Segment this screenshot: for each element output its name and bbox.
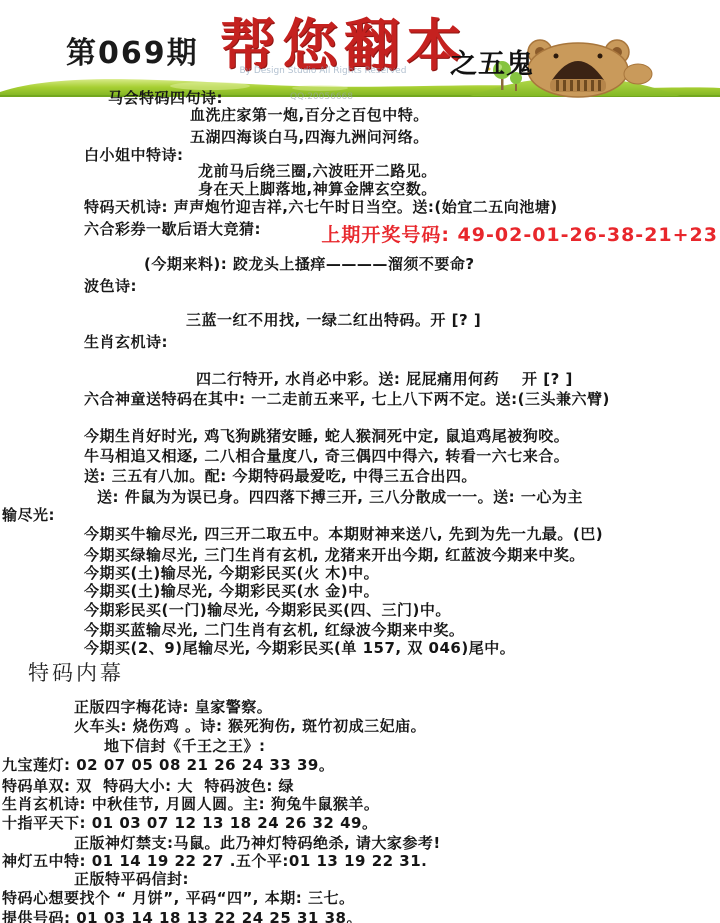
text-line: 地下信封《千王之王》: — [104, 737, 266, 755]
text-line: 正版特平码信封: — [74, 870, 189, 888]
text-line: 牛马相追又相逐, 二八相合量度八, 奇三偶四中得六, 转看一六七来合。 — [84, 447, 569, 465]
text-line: 输尽光: — [2, 506, 55, 524]
text-line: 正版四字梅花诗: 皇家警察。 — [74, 698, 272, 716]
text-line: 龙前马后绕三圈,六波旺开二路见。 — [198, 162, 437, 180]
text-line: 特码单双: 双 特码大小: 大 特码波色: 绿 — [2, 777, 294, 795]
text-line: (今期来料): 跤龙头上搔痒————溜须不要命? — [144, 255, 475, 273]
text-line: 神灯五中特: 01 14 19 22 27 .五个平:01 13 19 22 3… — [2, 852, 427, 870]
text-line: 送: 三五有八加。配: 今期特码最爱吃, 中得三五合出四。 — [84, 467, 477, 485]
text-line: 十指平天下: 01 03 07 12 13 18 24 26 32 49。 — [2, 814, 377, 832]
text-line: 特码天机诗: 声声炮竹迎吉祥,六七午时日当空。送:(始宜二五向池塘) — [84, 198, 558, 216]
text-line: 今期买牛输尽光, 四三开二取五中。本期财神来送八, 先到为先一九最。(巴) — [84, 525, 603, 543]
text-line: 四二行特开, 水肖必中彩。送: 屁屁痛用何药 开 [? ] — [196, 370, 573, 388]
text-line: 今期买蓝输尽光, 二门生肖有玄机, 红绿波今期来中奖。 — [84, 621, 464, 639]
text-line: 波色诗: — [84, 277, 137, 295]
text-line: 火车头: 烧伤鸡 。诗: 猴死狗伤, 斑竹初成三妃庙。 — [74, 717, 426, 735]
text-line: 生肖玄机诗: 中秋佳节, 月圆人圆。主: 狗兔牛鼠猴羊。 — [2, 795, 379, 813]
body-text: 马会特码四句诗:血洗庄家第一炮,百分之百包中特。五湖四海谈白马,四海九洲问河络。… — [0, 0, 720, 923]
text-line: 马会特码四句诗: — [108, 89, 223, 107]
text-line: 身在天上脚落地,神算金牌玄空数。 — [198, 180, 437, 198]
text-line: 白小姐中特诗: — [84, 146, 184, 164]
text-line: 特码心想要找个 “ 月饼”, 平码“四”, 本期: 三七。 — [2, 889, 354, 907]
text-line: 送: 件鼠为为误已身。四四落下搏三开, 三八分散成一一。送: 一心为主 — [97, 488, 583, 506]
text-line: 今期彩民买(一门)输尽光, 今期彩民买(四、三门)中。 — [84, 601, 451, 619]
text-line: 今期买绿输尽光, 三门生肖有玄机, 龙猪来开出今期, 红蓝波今期来中奖。 — [84, 546, 585, 564]
text-line: 提供号码: 01 03 14 18 13 22 24 25 31 38。 — [2, 909, 362, 923]
text-line: 今期生肖好时光, 鸡飞狗跳猪安睡, 蛇人猴洞死中定, 鼠追鸡尾被狗咬。 — [84, 427, 569, 445]
text-line: 六合彩券一歇后语大竞猜: — [84, 220, 261, 238]
text-line: 五湖四海谈白马,四海九洲问河络。 — [190, 128, 429, 146]
lottery-tip-sheet: 第069期 帮您翻本 之五鬼 By Design Studio All Righ… — [0, 0, 720, 923]
text-line: 六合神童送特码在其中: 一二走前五来平, 七上八下两不定。送:(三头兼六臂) — [84, 390, 610, 408]
text-line: 九宝莲灯: 02 07 05 08 21 26 24 33 39。 — [2, 756, 334, 774]
text-line: 今期买(土)输尽光, 今期彩民买(火 木)中。 — [84, 564, 379, 582]
text-line: 血洗庄家第一炮,百分之百包中特。 — [190, 106, 429, 124]
text-line: 生肖玄机诗: — [84, 333, 168, 351]
text-line: 今期买(土)输尽光, 今期彩民买(水 金)中。 — [84, 582, 379, 600]
text-line: 正版神灯禁支:马鼠。此乃神灯特码绝杀, 请大家参考! — [74, 834, 441, 852]
text-line: 今期买(2、9)尾输尽光, 今期彩民买(单 157, 双 046)尾中。 — [84, 639, 515, 657]
section-header: 特码内幕 — [28, 664, 124, 682]
text-line: 三蓝一红不用找, 一绿二红出特码。开 [? ] — [186, 311, 481, 329]
